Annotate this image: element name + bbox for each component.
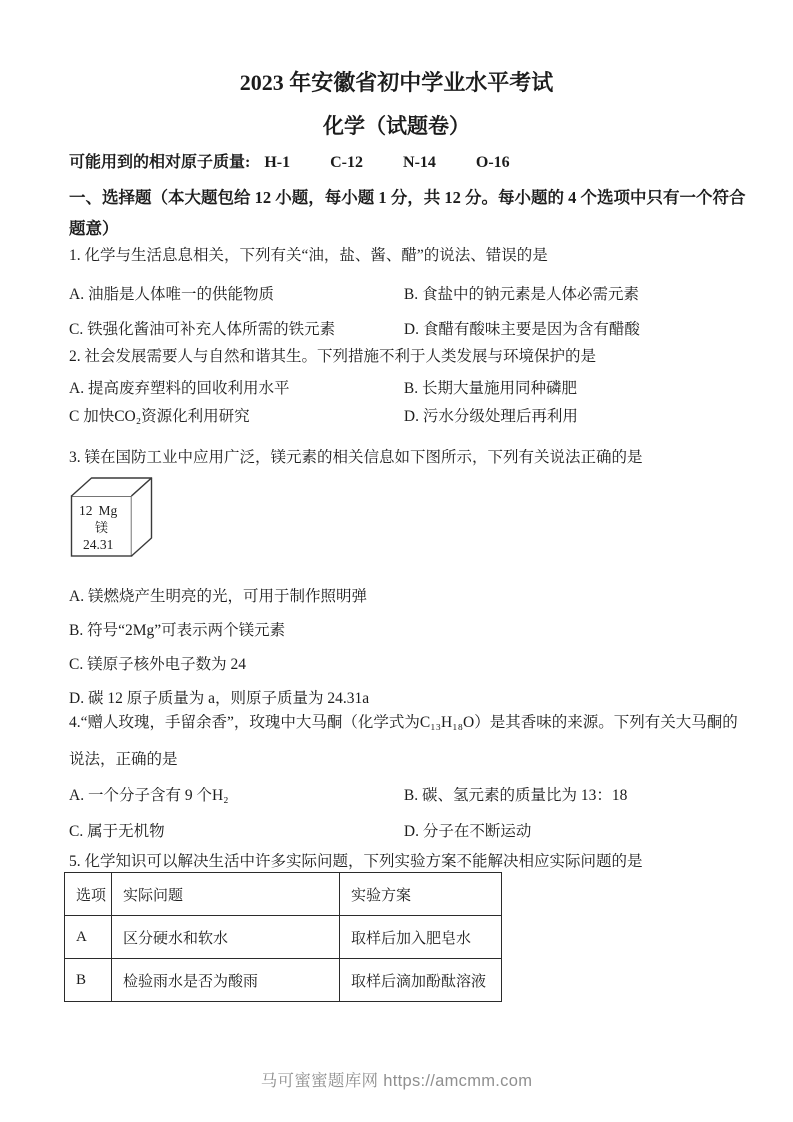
magnesium-element-cube-diagram: 12Mg 镁 24.31	[70, 476, 165, 568]
question-2-options-row-2: C 加快CO₂资源化利用研究 D. 污水分级处理后再利用	[69, 404, 753, 426]
q5-experiment-table: 选项 实际问题 实验方案 A 区分硬水和软水 取样后加入肥皂水 B 检验雨水是否…	[64, 872, 502, 1002]
section-heading: 一、选择题（本大题包给 12 小题，每小题 1 分，共 12 分。每小题的 4 …	[69, 182, 747, 244]
question-4-stem: 4.“赠人玫瑰，手留余香”，玫瑰中大马酮（化学式为C₁₃H₁₈O）是其香味的来源…	[69, 704, 749, 778]
q3-option-a: A. 镁燃烧产生明亮的光，可用于制作照明弹	[69, 584, 367, 606]
question-4-options-row-2: C. 属于无机物 D. 分子在不断运动	[69, 819, 753, 841]
q2-option-d: D. 污水分级处理后再利用	[404, 404, 578, 426]
question-2-options-row-1: A. 提高废弃塑料的回收利用水平 B. 长期大量施用同种磷肥	[69, 376, 753, 398]
question-5-stem: 5. 化学知识可以解决生活中许多实际问题，下列实验方案不能解决相应实际问题的是	[69, 852, 643, 872]
exam-paper-page: 2023 年安徽省初中学业水平考试 化学（试题卷） 可能用到的相对原子质量:H-…	[0, 0, 793, 1122]
table-header-problem: 实际问题	[112, 873, 340, 916]
row-b-option: B	[65, 959, 112, 1002]
element-number-symbol: 12Mg	[79, 503, 118, 518]
question-1-options-row-1: A. 油脂是人体唯一的供能物质 B. 食盐中的钠元素是人体必需元素	[69, 282, 753, 304]
q2-option-c: C 加快CO₂资源化利用研究	[69, 404, 400, 426]
atomic-mass-c: C-12	[330, 154, 363, 171]
row-a-problem: 区分硬水和软水	[112, 916, 340, 959]
element-name: 镁	[95, 520, 108, 535]
element-symbol: Mg	[99, 503, 118, 518]
q1-option-b: B. 食盐中的钠元素是人体必需元素	[404, 282, 639, 304]
element-atomic-mass: 24.31	[83, 537, 113, 552]
atomic-mass-o: O-16	[476, 154, 510, 171]
table-header-row: 选项 实际问题 实验方案	[65, 873, 502, 916]
q2-option-b: B. 长期大量施用同种磷肥	[404, 376, 577, 398]
table-header-option: 选项	[65, 873, 112, 916]
table-row-a: A 区分硬水和软水 取样后加入肥皂水	[65, 916, 502, 959]
atomic-mass-h: H-1	[264, 154, 290, 171]
q2-option-a: A. 提高废弃塑料的回收利用水平	[69, 376, 400, 398]
table-header-plan: 实验方案	[340, 873, 502, 916]
q1-option-c: C. 铁强化酱油可补充人体所需的铁元素	[69, 317, 400, 339]
q3-option-b: B. 符号“2Mg”可表示两个镁元素	[69, 618, 285, 640]
atomic-mass-label: 可能用到的相对原子质量:	[69, 154, 250, 171]
row-b-plan: 取样后滴加酚酞溶液	[340, 959, 502, 1002]
question-3-stem: 3. 镁在国防工业中应用广泛，镁元素的相关信息如下图所示，下列有关说法正确的是	[69, 448, 643, 468]
q4-option-a: A. 一个分子含有 9 个H₂	[69, 783, 400, 805]
atomic-mass-n: N-14	[403, 154, 436, 171]
atomic-mass-line: 可能用到的相对原子质量:H-1C-12N-14O-16	[69, 149, 510, 172]
table-row-b: B 检验雨水是否为酸雨 取样后滴加酚酞溶液	[65, 959, 502, 1002]
q1-option-a: A. 油脂是人体唯一的供能物质	[69, 282, 400, 304]
question-1-options-row-2: C. 铁强化酱油可补充人体所需的铁元素 D. 食醋有酸味主要是因为含有醋酸	[69, 317, 753, 339]
question-1-stem: 1. 化学与生活息息相关，下列有关“油，盐、酱、醋”的说法、错误的是	[69, 246, 548, 266]
q1-option-d: D. 食醋有酸味主要是因为含有醋酸	[404, 317, 640, 339]
q4-option-b: B. 碳、氢元素的质量比为 13：18	[404, 783, 627, 805]
page-subtitle: 化学（试题卷）	[0, 110, 793, 140]
row-a-plan: 取样后加入肥皂水	[340, 916, 502, 959]
page-title: 2023 年安徽省初中学业水平考试	[0, 66, 793, 97]
question-2-stem: 2. 社会发展需要人与自然和谐其生。下列措施不利于人类发展与环境保护的是	[69, 347, 596, 367]
row-a-option: A	[65, 916, 112, 959]
row-b-problem: 检验雨水是否为酸雨	[112, 959, 340, 1002]
scan-artifact-mark: ˈ	[75, 417, 79, 429]
element-atomic-number: 12	[79, 503, 93, 518]
q4-option-d: D. 分子在不断运动	[404, 819, 531, 841]
question-4-options-row-1: A. 一个分子含有 9 个H₂ B. 碳、氢元素的质量比为 13：18	[69, 783, 753, 805]
q3-option-c: C. 镁原子核外电子数为 24	[69, 652, 246, 674]
q4-option-c: C. 属于无机物	[69, 819, 400, 841]
watermark-footer: 马可蜜蜜题库网 https://amcmm.com	[0, 1067, 793, 1091]
